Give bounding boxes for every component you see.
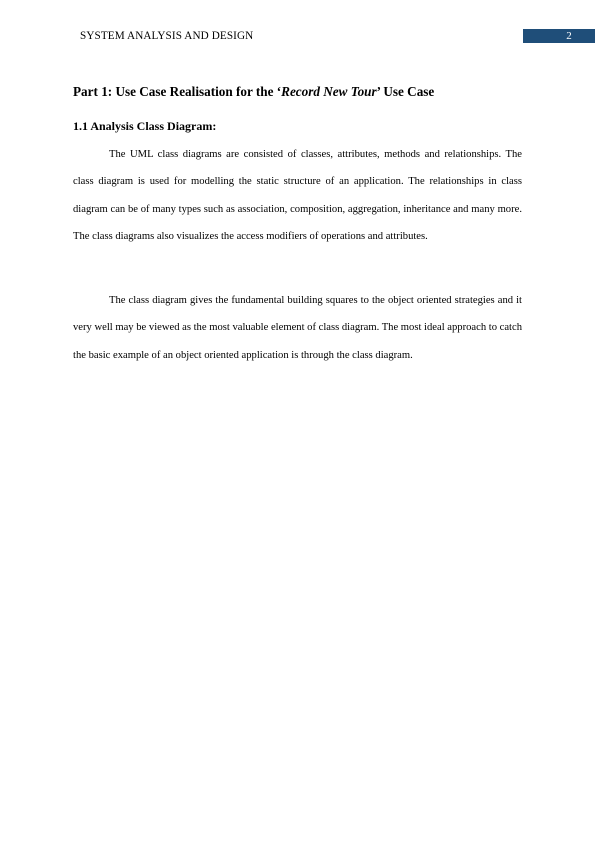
- body-paragraph: The class diagram gives the fundamental …: [73, 287, 522, 369]
- section-heading-suffix: ’ Use Case: [377, 84, 435, 99]
- page-number: 2: [566, 30, 572, 42]
- section-heading-prefix: Part 1: Use Case Realisation for the ‘: [73, 84, 281, 99]
- body-paragraph: The UML class diagrams are consisted of …: [73, 141, 522, 250]
- subsection-heading: 1.1 Analysis Class Diagram:: [73, 119, 216, 134]
- page-number-badge: 2: [523, 29, 595, 43]
- running-header-title: SYSTEM ANALYSIS AND DESIGN: [80, 29, 253, 43]
- section-heading: Part 1: Use Case Realisation for the ‘Re…: [73, 84, 434, 100]
- section-heading-use-case-name: Record New Tour: [281, 84, 377, 99]
